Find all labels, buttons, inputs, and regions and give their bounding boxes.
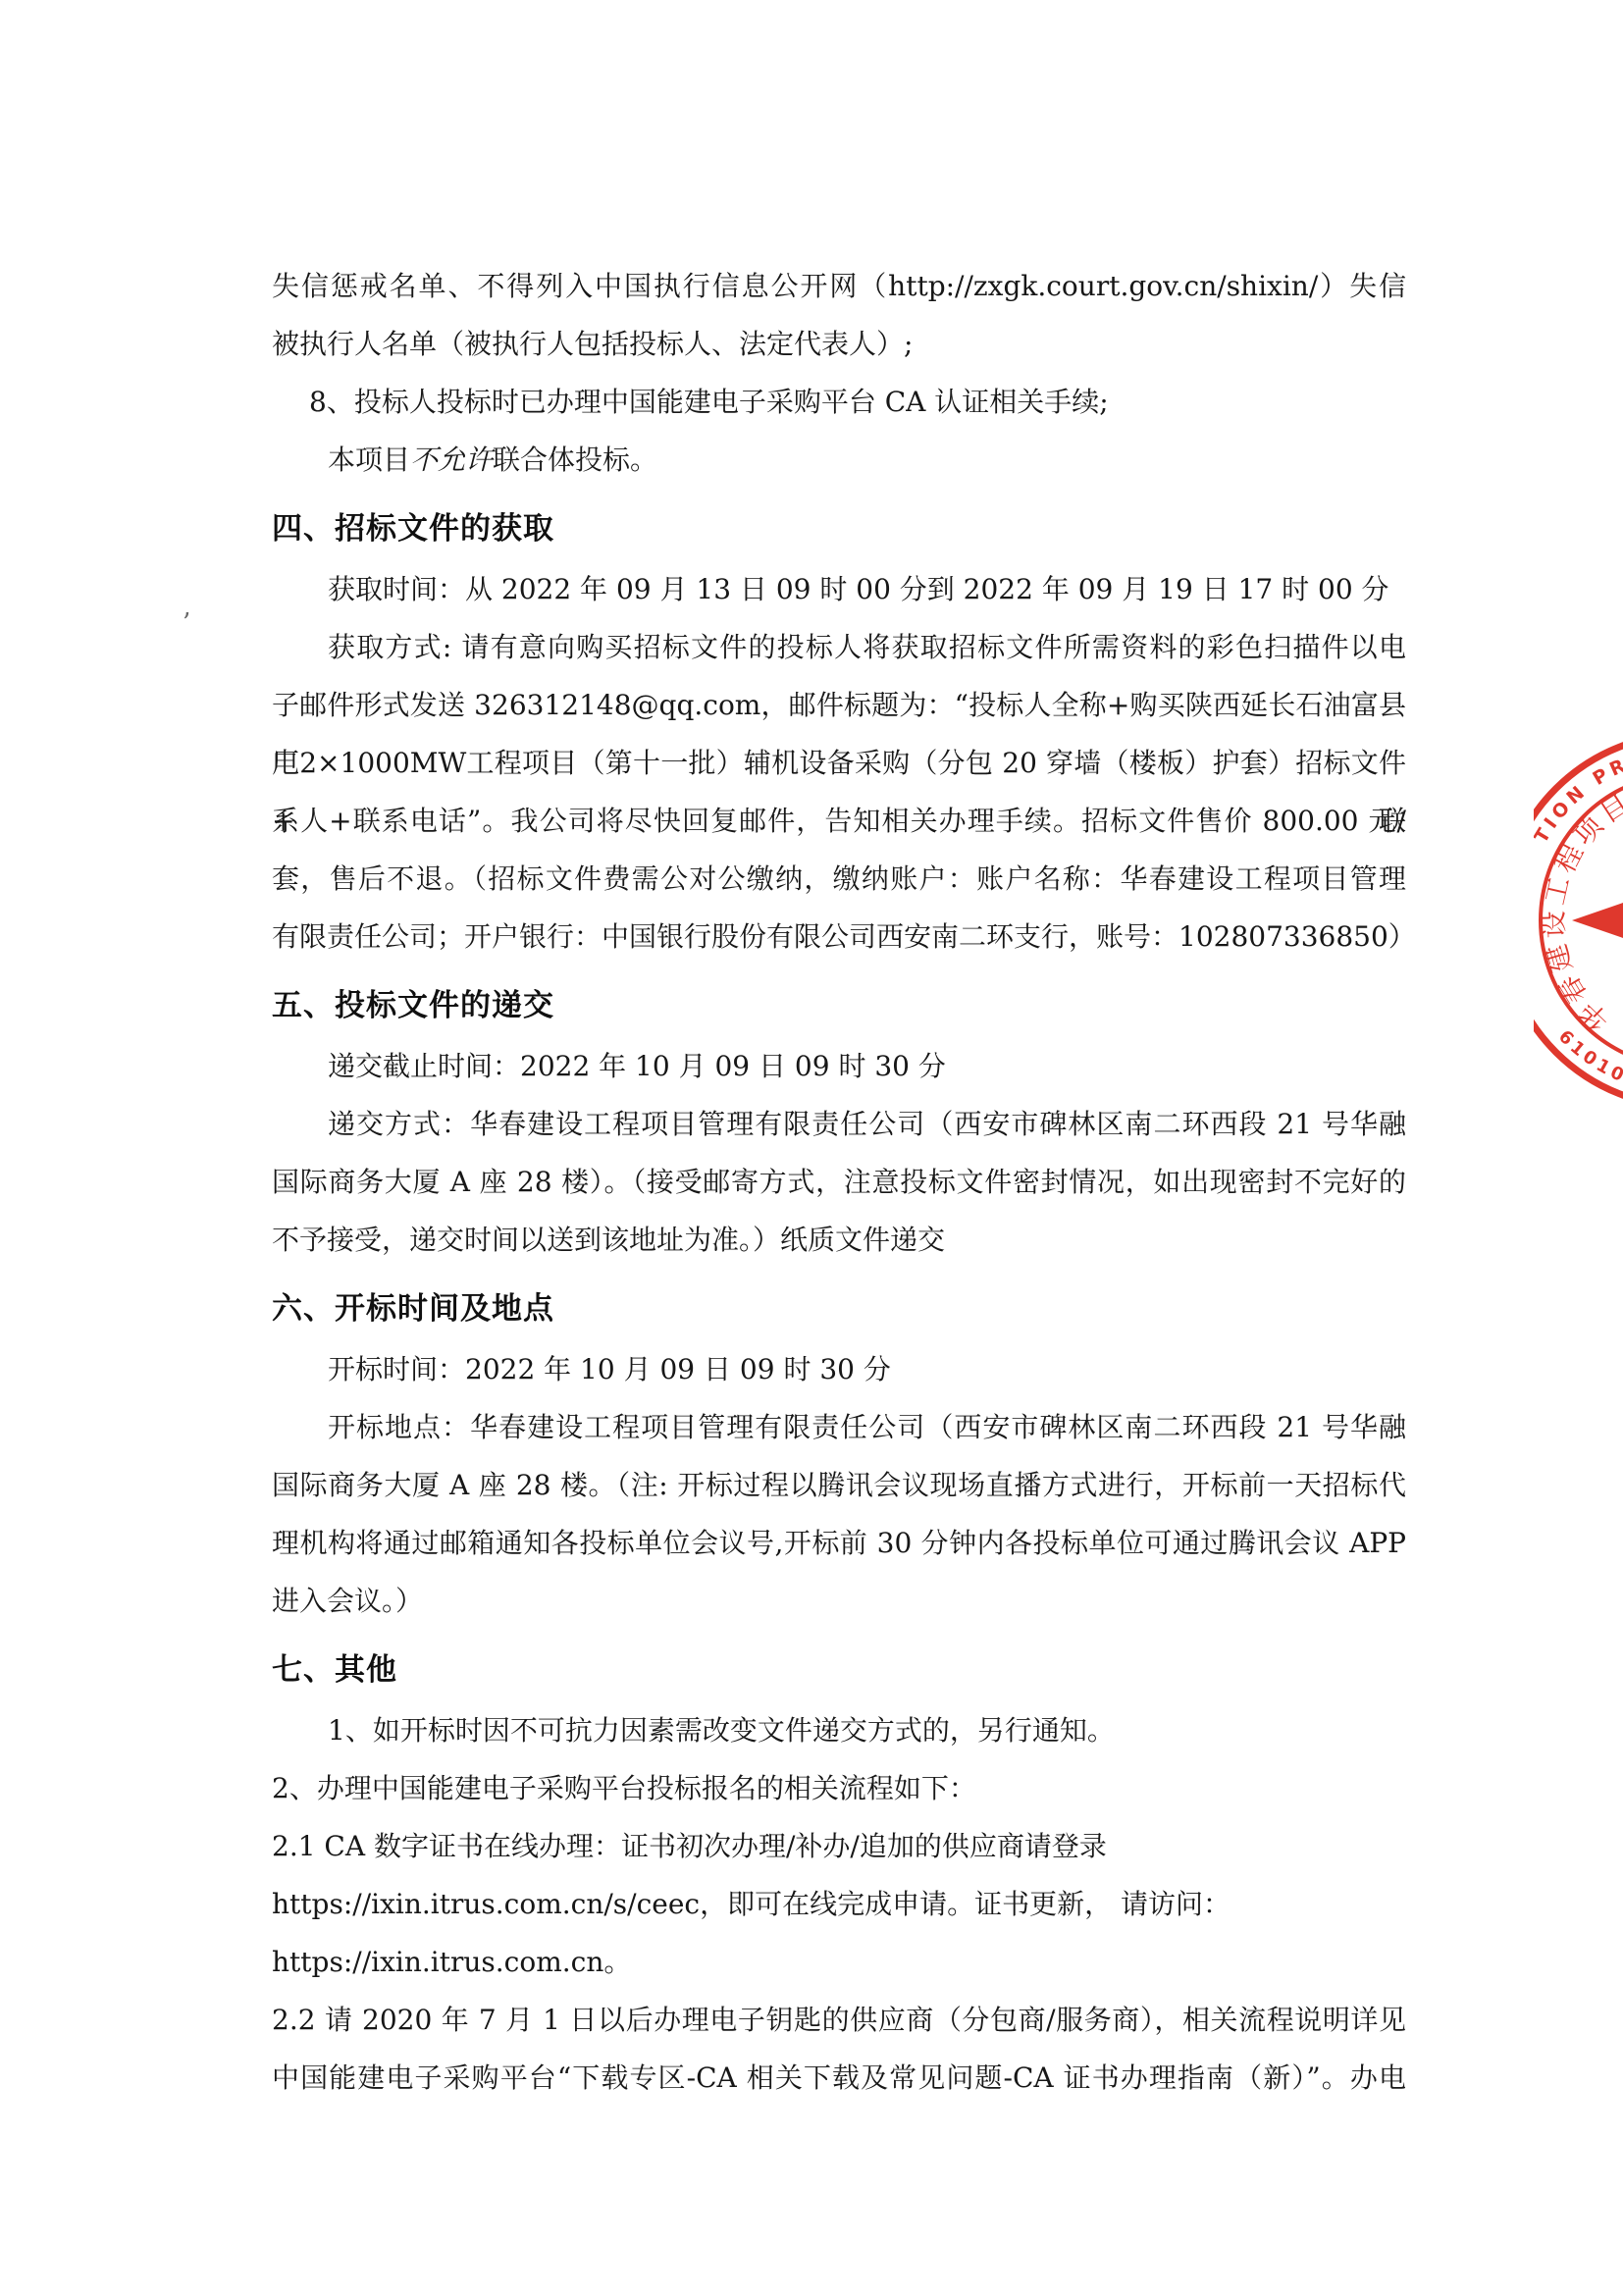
text-line: 有限责任公司；开户银行：中国银行股份有限公司西安南二环支行，账号：1028073…	[272, 908, 1406, 965]
text-line: 递交方式：华春建设工程项目管理有限责任公司（西安市碑林区南二环西段 21 号华融	[272, 1095, 1406, 1153]
heading-section-6: 六、开标时间及地点	[272, 1278, 1406, 1340]
text-line: 获取方式: 请有意向购买招标文件的投标人将获取招标文件所需资料的彩色扫描件以电	[272, 618, 1406, 676]
text-line: 理机构将通过邮箱通知各投标单位会议号,开标前 30 分钟内各投标单位可通过腾讯会…	[272, 1514, 1406, 1572]
text-line: 国际商务大厦 A 座 28 楼。（注: 开标过程以腾讯会议现场直播方式进行，开标…	[272, 1456, 1406, 1514]
text-line: 被执行人名单（被执行人包括投标人、法定代表人）;	[272, 315, 1406, 373]
text-line: 1、如开标时因不可抗力因素需改变文件递交方式的，另行通知。	[272, 1701, 1406, 1759]
document-body: 失信惩戒名单、不得列入中国执行信息公开网（http://zxgk.court.g…	[272, 257, 1406, 2107]
text-line: 系人+联系电话”。我公司将尽快回复邮件，告知相关办理手续。招标文件售价 800.…	[272, 792, 1406, 850]
text-segment: 联合体投标。	[493, 444, 657, 476]
company-seal-stamp: TION PROJ 华春建设工程项目管理有限责任公司 6101036	[1534, 721, 1623, 1114]
text-line: 不予接受，递交时间以送到该地址为准。）纸质文件递交	[272, 1211, 1406, 1269]
text-line: 进入会议。）	[272, 1572, 1406, 1630]
text-line: 厂2×1000MW工程项目（第十一批）辅机设备采购（分包 20 穿墙（楼板）护套…	[272, 734, 1406, 792]
text-line: 中国能建电子采购平台“下载专区-CA 相关下载及常见问题-CA 证书办理指南（新…	[272, 2049, 1406, 2107]
text-line: 子邮件形式发送 326312148@qq.com，邮件标题为：“投标人全称+购买…	[272, 676, 1406, 734]
text-line: 8、投标人投标时已办理中国能建电子采购平台 CA 认证相关手续;	[272, 373, 1406, 431]
text-line: 2、办理中国能建电子采购平台投标报名的相关流程如下：	[272, 1759, 1406, 1817]
heading-section-7: 七、其他	[272, 1640, 1406, 1701]
text-line: 开标地点：华春建设工程项目管理有限责任公司（西安市碑林区南二环西段 21 号华融	[272, 1398, 1406, 1456]
document-page: 失信惩戒名单、不得列入中国执行信息公开网（http://zxgk.court.g…	[0, 0, 1623, 2296]
text-line: https://ixin.itrus.com.cn。	[272, 1933, 1406, 1991]
text-line: 本项目不允许联合体投标。	[272, 431, 1406, 489]
text-line: 开标时间：2022 年 10 月 09 日 09 时 30 分	[272, 1340, 1406, 1398]
text-line: 国际商务大厦 A 座 28 楼）。（接受邮寄方式，注意投标文件密封情况，如出现密…	[272, 1153, 1406, 1211]
text-line: https://ixin.itrus.com.cn/s/ceec，即可在线完成申…	[272, 1875, 1406, 1933]
text-line: 失信惩戒名单、不得列入中国执行信息公开网（http://zxgk.court.g…	[272, 257, 1406, 315]
text-line: 2.1 CA 数字证书在线办理：证书初次办理/补办/追加的供应商请登录	[272, 1817, 1406, 1875]
scan-artifact-mark: ’	[183, 608, 190, 638]
text-line: 2.2 请 2020 年 7 月 1 日以后办理电子钥匙的供应商（分包商/服务商…	[272, 1991, 1406, 2049]
text-line: 获取时间：从 2022 年 09 月 13 日 09 时 00 分到 2022 …	[272, 560, 1406, 618]
text-line: 递交截止时间：2022 年 10 月 09 日 09 时 30 分	[272, 1037, 1406, 1095]
text-segment: 本项目	[328, 444, 410, 476]
text-line: 套，售后不退。（招标文件费需公对公缴纳，缴纳账户：账户名称：华春建设工程项目管理	[272, 850, 1406, 908]
heading-section-5: 五、投标文件的递交	[272, 975, 1406, 1037]
heading-section-4: 四、招标文件的获取	[272, 498, 1406, 560]
text-segment-italic: 不允许	[410, 444, 493, 476]
